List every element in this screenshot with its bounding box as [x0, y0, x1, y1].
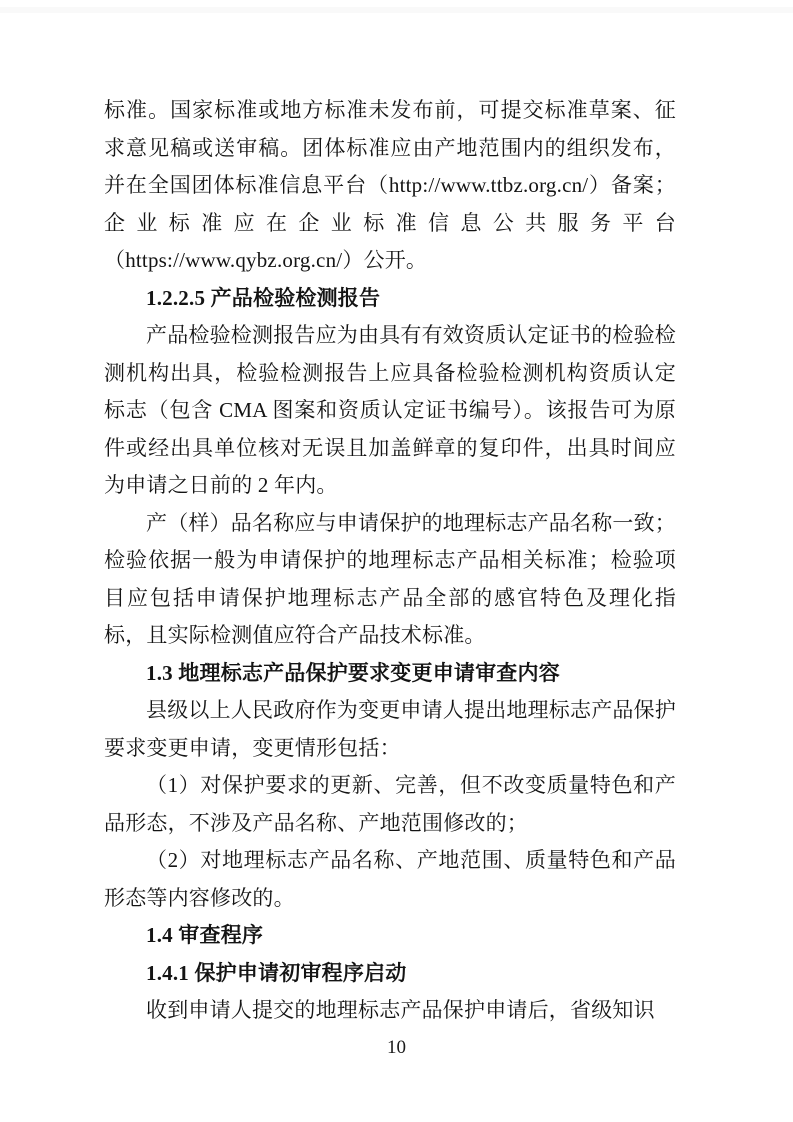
page-number: 10: [0, 1036, 793, 1060]
scan-artifact-band: [0, 7, 793, 13]
paragraph-change-case-2: （2）对地理标志产品名称、产地范围、质量特色和产品形态等内容修改的。: [104, 842, 676, 917]
paragraph-inspection-report-requirements: 产品检验检测报告应为由具有有效资质认定证书的检验检测机构出具，检验检测报告上应具…: [104, 317, 676, 505]
heading-1-4-1: 1.4.1 保护申请初审程序启动: [104, 955, 676, 993]
paragraph-initial-review-start: 收到申请人提交的地理标志产品保护申请后，省级知识: [104, 992, 676, 1030]
heading-1-4: 1.4 审查程序: [104, 917, 676, 955]
page-body: 标准。国家标准或地方标准未发布前，可提交标准草案、征求意见稿或送审稿。团体标准应…: [104, 92, 676, 1030]
heading-1-3: 1.3 地理标志产品保护要求变更申请审查内容: [104, 655, 676, 693]
paragraph-standards-continuation: 标准。国家标准或地方标准未发布前，可提交标准草案、征求意见稿或送审稿。团体标准应…: [104, 92, 676, 280]
document-page: 标准。国家标准或地方标准未发布前，可提交标准草案、征求意见稿或送审稿。团体标准应…: [0, 0, 793, 1122]
paragraph-change-application-intro: 县级以上人民政府作为变更申请人提出地理标志产品保护要求变更申请，变更情形包括：: [104, 692, 676, 767]
paragraph-change-case-1: （1）对保护要求的更新、完善，但不改变质量特色和产品形态，不涉及产品名称、产地范…: [104, 767, 676, 842]
heading-1-2-2-5: 1.2.2.5 产品检验检测报告: [104, 280, 676, 318]
paragraph-sample-name-requirements: 产（样）品名称应与申请保护的地理标志产品名称一致；检验依据一般为申请保护的地理标…: [104, 505, 676, 655]
